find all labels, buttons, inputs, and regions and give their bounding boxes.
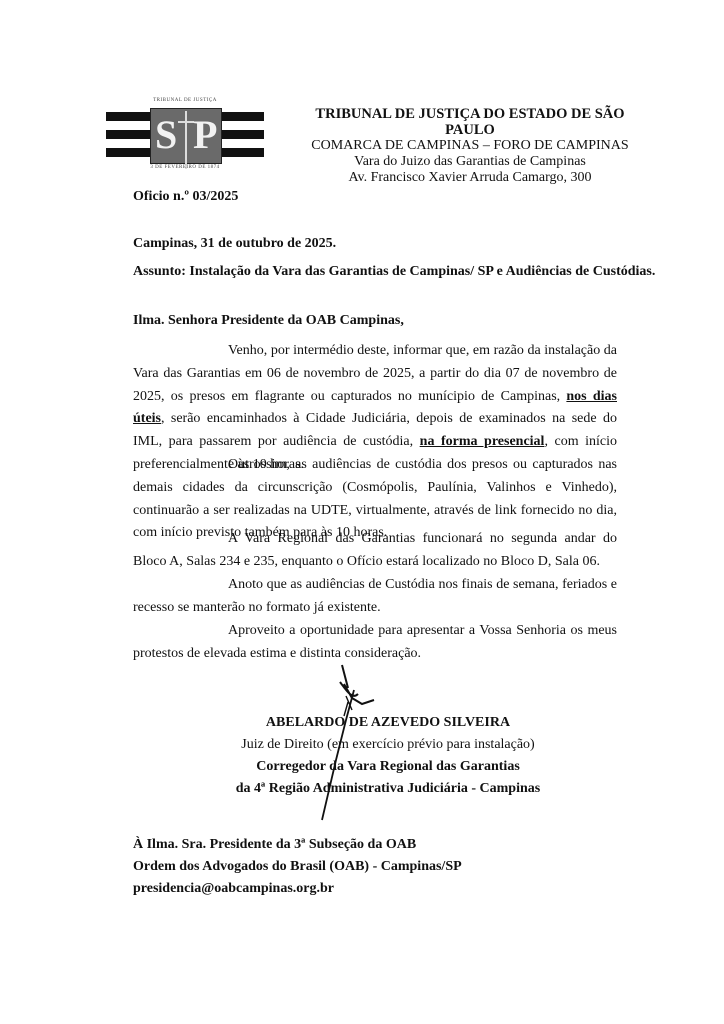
vara-line: Vara do Juizo das Garantias de Campinas <box>300 154 640 170</box>
addressee-line-1: À Ilma. Sra. Presidente da 3ª Subseção d… <box>133 834 462 856</box>
addressee-block: À Ilma. Sra. Presidente da 3ª Subseção d… <box>133 834 462 900</box>
sword-guard-icon <box>178 121 194 123</box>
crest-letter-p: P <box>193 113 217 157</box>
emphasis-in-person: na forma presencial <box>420 434 545 449</box>
crest-letter-s: S <box>155 113 177 157</box>
logo-bottom-text: 3 DE FEVEREIRO DE 1874 <box>106 165 264 170</box>
addressee-email: presidencia@oabcampinas.org.br <box>133 878 462 900</box>
sword-icon <box>185 111 187 169</box>
logo-top-text: TRIBUNAL DE JUSTIÇA <box>106 98 264 103</box>
paragraph-5: Aproveito a oportunidade para apresentar… <box>133 620 617 666</box>
signature-block: ABELARDO DE AZEVEDO SILVEIRA Juiz de Dir… <box>228 712 548 800</box>
address-line: Av. Francisco Xavier Arruda Camargo, 300 <box>300 170 640 186</box>
salutation: Ilma. Senhora Presidente da OAB Campinas… <box>133 313 404 329</box>
signer-name: ABELARDO DE AZEVEDO SILVEIRA <box>228 712 548 734</box>
addressee-line-2: Ordem dos Advogados do Brasil (OAB) - Ca… <box>133 856 462 878</box>
date-line: Campinas, 31 de outubro de 2025. <box>133 236 336 252</box>
tjsp-logo: TRIBUNAL DE JUSTIÇA S P 3 DE FEVEREIRO D… <box>106 98 264 172</box>
comarca-line: COMARCA DE CAMPINAS – FORO DE CAMPINAS <box>300 138 640 154</box>
paragraph-4: Anoto que as audiências de Custódia nos … <box>133 574 617 620</box>
logo-stripe <box>220 130 264 139</box>
logo-stripe <box>106 130 150 139</box>
crest-shield-icon: S P <box>150 108 222 164</box>
signer-role: Juiz de Direito (em exercício prévio par… <box>228 734 548 756</box>
subject-line: Assunto: Instalação da Vara das Garantia… <box>133 264 655 280</box>
logo-stripe <box>220 148 264 157</box>
logo-stripe <box>220 112 264 121</box>
paragraph-3: A Vara Regional das Garantias funcionará… <box>133 528 617 574</box>
oficio-number: Oficio n.º 03/2025 <box>133 189 238 205</box>
p1-text-a: Venho, por intermédio deste, informar qu… <box>133 343 617 404</box>
court-name: TRIBUNAL DE JUSTIÇA DO ESTADO DE SÃO PAU… <box>300 106 640 138</box>
letterhead: TRIBUNAL DE JUSTIÇA DO ESTADO DE SÃO PAU… <box>300 106 640 186</box>
logo-stripe <box>106 112 150 121</box>
signer-region: da 4ª Região Administrativa Judiciária -… <box>228 778 548 800</box>
logo-stripe <box>106 148 150 157</box>
signer-title: Corregedor da Vara Regional das Garantia… <box>228 756 548 778</box>
